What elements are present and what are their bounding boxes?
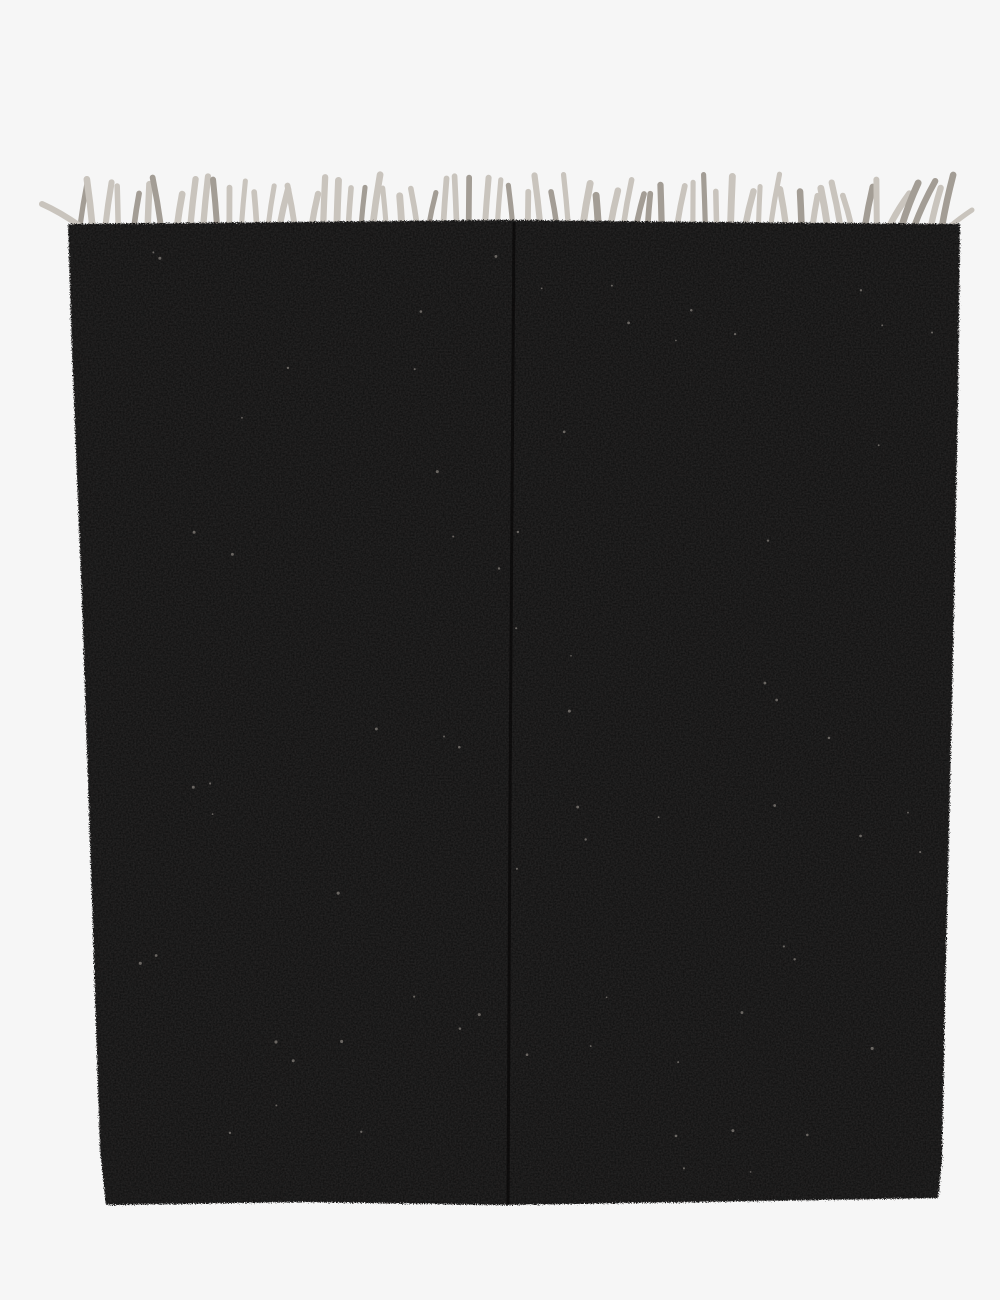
fringe bbox=[42, 174, 972, 228]
product-photo bbox=[0, 0, 1000, 1300]
rug-body bbox=[68, 220, 960, 1205]
rug-illustration bbox=[0, 0, 1000, 1300]
